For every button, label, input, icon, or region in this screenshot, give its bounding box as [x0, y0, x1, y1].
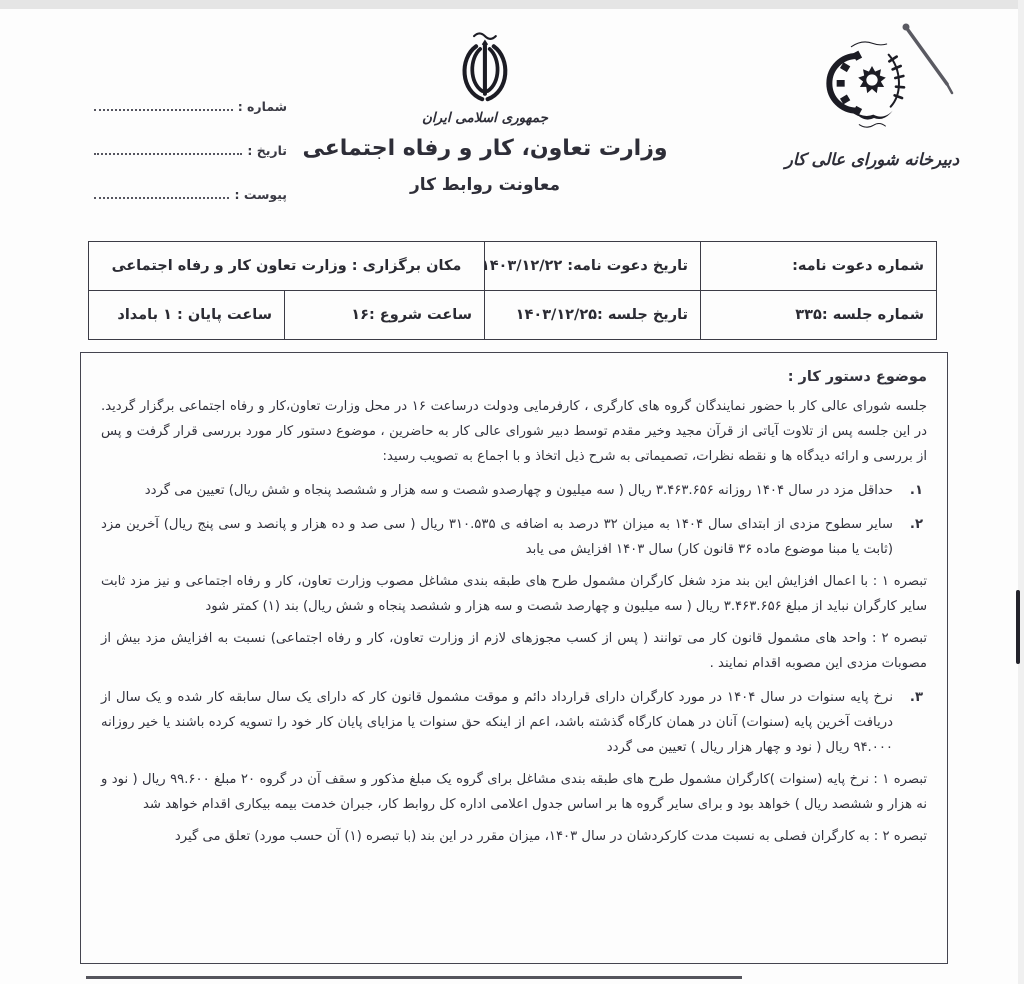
table-row: شماره دعوت نامه: تاریخ دعوت نامه: ۱۴۰۳/۱…	[89, 242, 937, 291]
scan-artifact-mark	[1016, 590, 1020, 664]
ref-date-label: تاریخ :	[247, 143, 287, 158]
agenda-item-2: ۲. سایر سطوح مزدی از ابتدای سال ۱۴۰۴ به …	[101, 512, 927, 562]
scan-top-edge	[0, 0, 1024, 9]
ref-attachment-label: پیوست :	[234, 187, 287, 202]
ref-number-dotted-line	[94, 99, 233, 111]
scan-right-edge	[1018, 0, 1024, 984]
secretariat-title: دبیرخانه شورای عالی کار	[762, 150, 982, 169]
republic-title: جمهوری اسلامی ایران	[300, 110, 670, 126]
ref-row-date: تاریخ :	[92, 140, 287, 158]
ref-number-label: شماره :	[238, 99, 287, 114]
venue-cell: مکان برگزاری : وزارت تعاون کار و رفاه اج…	[89, 242, 485, 291]
ministry-title: وزارت تعاون، کار و رفاه اجتماعی	[300, 136, 670, 161]
reference-fields: شماره : تاریخ : پیوست :	[92, 96, 287, 228]
item-2-note-1: تبصره ۱ : با اعمال افزایش این بند مزد شغ…	[101, 569, 927, 619]
invite-number-cell: شماره دعوت نامه:	[701, 242, 937, 291]
invite-date-cell: تاریخ دعوت نامه: ۱۴۰۳/۱۲/۲۲	[485, 242, 701, 291]
ref-row-attachment: پیوست :	[92, 184, 287, 202]
end-time-cell: ساعت پایان : ۱ بامداد	[89, 291, 285, 340]
session-info-table: شماره دعوت نامه: تاریخ دعوت نامه: ۱۴۰۳/۱…	[88, 241, 937, 340]
iran-emblem-icon	[451, 30, 519, 106]
next-section-top-border	[86, 976, 742, 979]
item-1-text: حداقل مزد در سال ۱۴۰۴ روزانه ۳.۴۶۳.۶۵۶ ر…	[145, 483, 893, 498]
agenda-item-3: ۳. نرخ پایه سنوات در سال ۱۴۰۴ در مورد کا…	[101, 685, 927, 760]
item-1-marker: ۱.	[910, 478, 923, 503]
deputy-title: معاونت روابط کار	[300, 175, 670, 195]
agenda-title: موضوع دستور کار :	[101, 365, 927, 390]
item-3-note-2: تبصره ۲ : به کارگران فصلی به نسبت مدت کا…	[101, 824, 927, 849]
ref-row-number: شماره :	[92, 96, 287, 114]
item-2-note-2: تبصره ۲ : واحد های مشمول قانون کار می تو…	[101, 626, 927, 676]
agenda-intro: جلسه شورای عالی کار با حضور نمایندگان گر…	[101, 394, 927, 469]
session-date-cell: تاریخ جلسه :۱۴۰۳/۱۲/۲۵	[485, 291, 701, 340]
item-2-text: سایر سطوح مزدی از ابتدای سال ۱۴۰۴ به میز…	[101, 517, 893, 557]
session-number-cell: شماره جلسه :۳۳۵	[701, 291, 937, 340]
ref-attachment-dotted-line	[94, 187, 229, 199]
item-3-marker: ۳.	[910, 685, 923, 710]
start-time-cell: ساعت شروع :۱۶	[285, 291, 485, 340]
pen-mark-icon	[893, 18, 965, 102]
item-3-text: نرخ پایه سنوات در سال ۱۴۰۴ در مورد کارگر…	[101, 690, 893, 755]
letterhead-center: جمهوری اسلامی ایران وزارت تعاون، کار و ر…	[300, 30, 670, 195]
agenda-item-1: ۱. حداقل مزد در سال ۱۴۰۴ روزانه ۳.۴۶۳.۶۵…	[101, 478, 927, 503]
item-2-marker: ۲.	[910, 512, 923, 537]
item-3-note-1: تبصره ۱ : نرخ پایه (سنوات )کارگران مشمول…	[101, 767, 927, 817]
agenda-box: موضوع دستور کار : جلسه شورای عالی کار با…	[80, 352, 948, 964]
table-row: شماره جلسه :۳۳۵ تاریخ جلسه :۱۴۰۳/۱۲/۲۵ س…	[89, 291, 937, 340]
ref-date-dotted-line	[94, 143, 242, 155]
